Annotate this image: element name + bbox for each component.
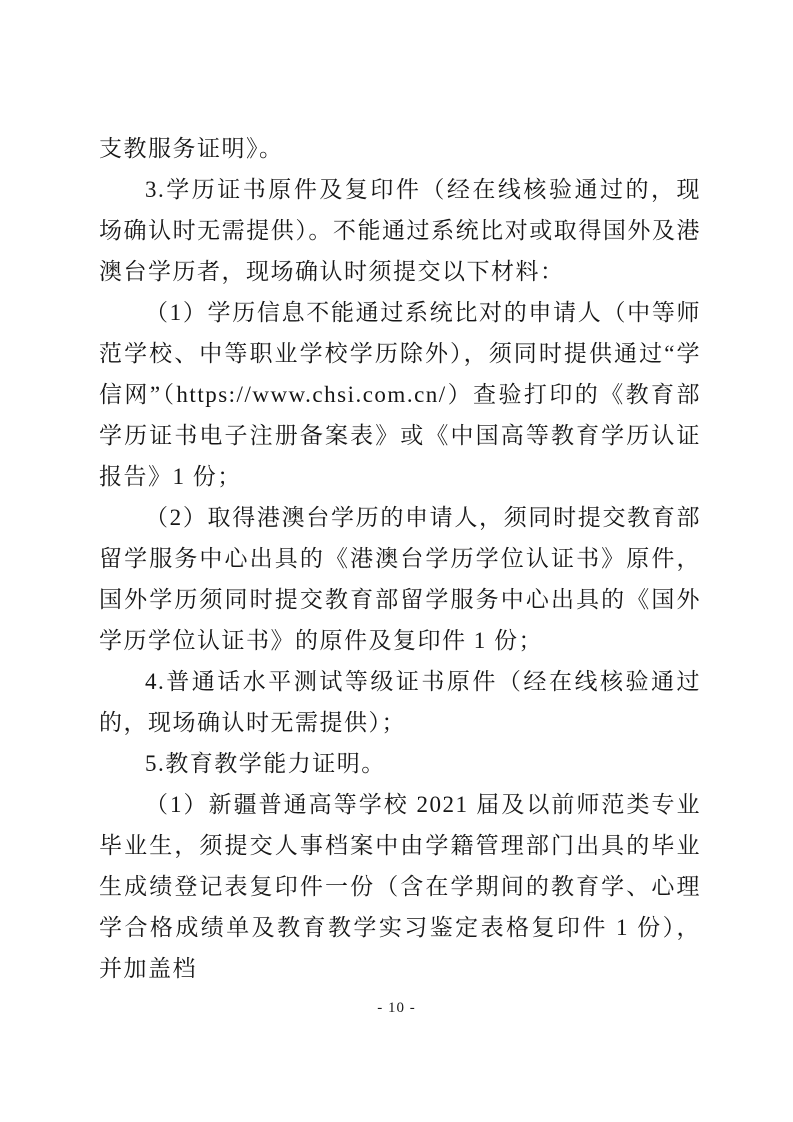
paragraph: 3.学历证书原件及复印件（经在线核验通过的，现场确认时无需提供）。不能通过系统比… xyxy=(99,169,701,292)
paragraph: （1）新疆普通高等学校 2021 届及以前师范类专业毕业生，须提交人事档案中由学… xyxy=(99,784,701,989)
paragraph: （1）学历信息不能通过系统比对的申请人（中等师范学校、中等职业学校学历除外），须… xyxy=(99,292,701,497)
paragraph: 4.普通话水平测试等级证书原件（经在线核验通过的，现场确认时无需提供）； xyxy=(99,661,701,743)
paragraph: （2）取得港澳台学历的申请人，须同时提交教育部留学服务中心出具的《港澳台学历学位… xyxy=(99,497,701,661)
document-body: 支教服务证明》。 3.学历证书原件及复印件（经在线核验通过的，现场确认时无需提供… xyxy=(99,128,701,989)
paragraph: 支教服务证明》。 xyxy=(99,128,701,169)
document-page: 支教服务证明》。 3.学历证书原件及复印件（经在线核验通过的，现场确认时无需提供… xyxy=(0,0,793,1122)
page-number: - 10 - xyxy=(0,1000,793,1017)
paragraph: 5.教育教学能力证明。 xyxy=(99,743,701,784)
